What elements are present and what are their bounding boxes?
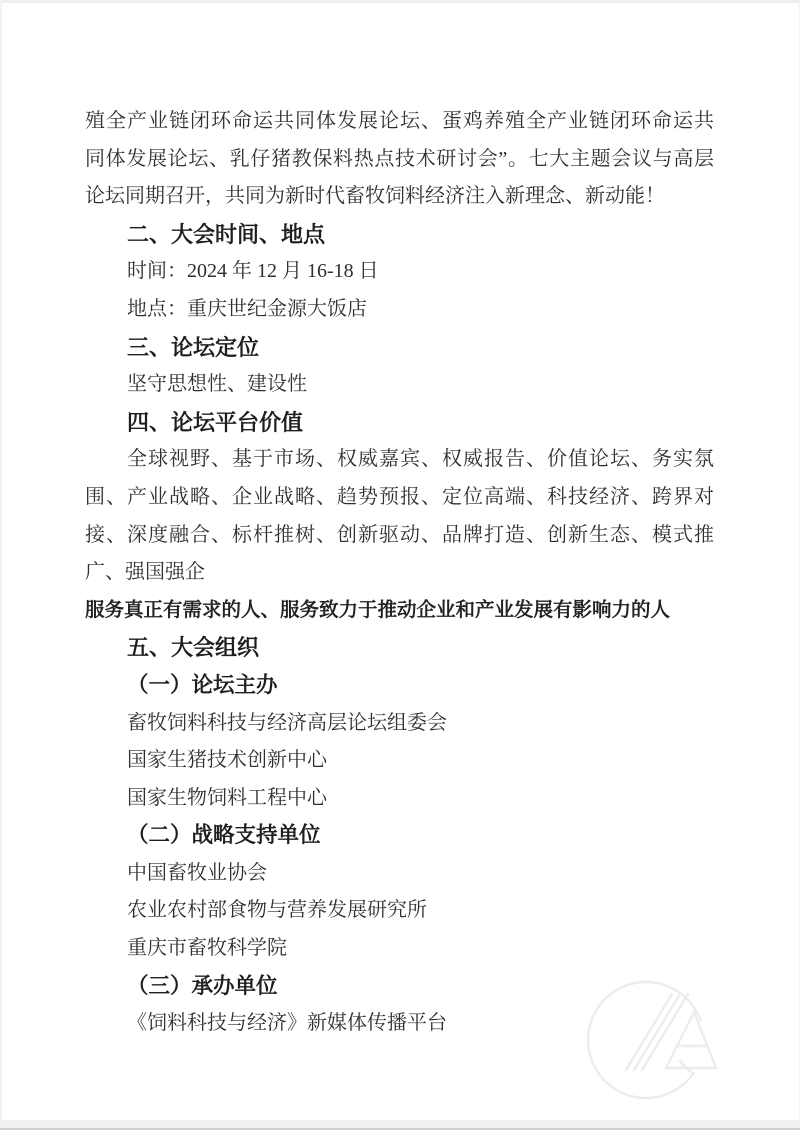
- document-page: 殖全产业链闭环命运共同体发展论坛、蛋鸡养殖全产业链闭环命运共 同体发展论坛、乳仔…: [85, 103, 714, 1043]
- section-heading-2: 二、大会时间、地点: [85, 216, 714, 254]
- paragraph-line: 坚守思想性、建设性: [85, 366, 714, 404]
- section-heading-3: 三、论坛定位: [85, 329, 714, 367]
- subsection-heading-3: （三）承办单位: [85, 968, 714, 1006]
- organizer-line: 国家生物饲料工程中心: [85, 780, 714, 818]
- subsection-heading-2: （二）战略支持单位: [85, 817, 714, 855]
- organizer-line: 畜牧饲料科技与经济高层论坛组委会: [85, 705, 714, 743]
- paragraph-line: 广、强国强企: [85, 554, 714, 592]
- page-edge-top: [0, 0, 800, 3]
- paragraph-line: 接、深度融合、标杆推树、创新驱动、品牌打造、创新生态、模式推: [85, 517, 714, 555]
- supporter-line: 中国畜牧业协会: [85, 855, 714, 893]
- supporter-line: 重庆市畜牧科学院: [85, 930, 714, 968]
- organizer-line: 国家生猪技术创新中心: [85, 742, 714, 780]
- page-edge-bottom: [0, 1120, 800, 1130]
- supporter-line: 农业农村部食物与营养发展研究所: [85, 892, 714, 930]
- time-line: 时间：2024 年 12 月 16-18 日: [85, 253, 714, 291]
- paragraph-line: 围、产业战略、企业战略、趋势预报、定位高端、科技经济、跨界对: [85, 479, 714, 517]
- slogan-line: 服务真正有需求的人、服务致力于推动企业和产业发展有影响力的人: [85, 592, 714, 630]
- subsection-heading-1: （一）论坛主办: [85, 667, 714, 705]
- section-heading-5: 五、大会组织: [85, 629, 714, 667]
- paragraph-line: 殖全产业链闭环命运共同体发展论坛、蛋鸡养殖全产业链闭环命运共: [85, 103, 714, 141]
- section-heading-4: 四、论坛平台价值: [85, 404, 714, 442]
- location-line: 地点：重庆世纪金源大饭店: [85, 291, 714, 329]
- undertaker-line: 《饲料科技与经济》新媒体传播平台: [85, 1005, 714, 1043]
- paragraph-line: 论坛同期召开，共同为新时代畜牧饲料经济注入新理念、新动能！: [85, 178, 714, 216]
- paragraph-line: 同体发展论坛、乳仔猪教保料热点技术研讨会”。七大主题会议与高层: [85, 141, 714, 179]
- page-edge-left: [0, 0, 2, 1130]
- paragraph-line: 全球视野、基于市场、权威嘉宾、权威报告、价值论坛、务实氛: [85, 441, 714, 479]
